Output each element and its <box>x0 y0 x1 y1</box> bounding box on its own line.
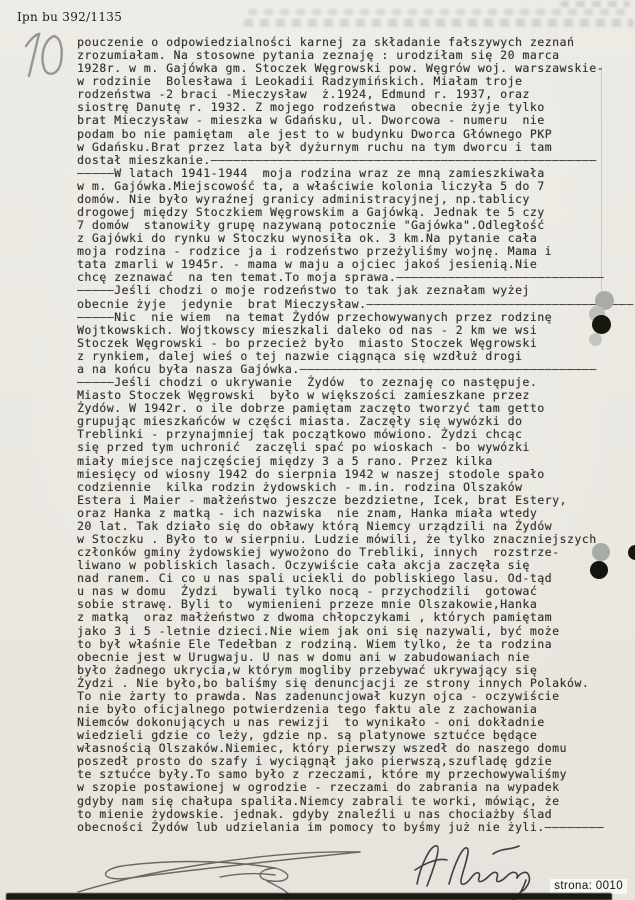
punch-hole-mark <box>589 333 602 346</box>
punch-hole-mark <box>590 561 608 579</box>
punch-hole-mark <box>592 543 610 561</box>
signature-left <box>70 836 370 900</box>
paper-crease <box>601 66 602 314</box>
scan-smudge-band <box>244 19 634 27</box>
typewritten-testimony-text: pouczenie o odpowiedzialności karnej za … <box>77 36 634 834</box>
archive-reference-label: Ipn bu 392/1135 <box>17 10 122 24</box>
scan-smudge-band <box>248 9 632 15</box>
handwritten-page-number <box>16 30 72 82</box>
document-scan-page: Ipn bu 392/1135 pouczenie o odpowiedzial… <box>0 0 635 900</box>
scan-edge-strip <box>6 893 612 900</box>
scan-smudge-band <box>560 1 630 7</box>
punch-hole-mark <box>592 315 611 334</box>
scan-page-number-label: strona: 0010 <box>550 879 627 894</box>
